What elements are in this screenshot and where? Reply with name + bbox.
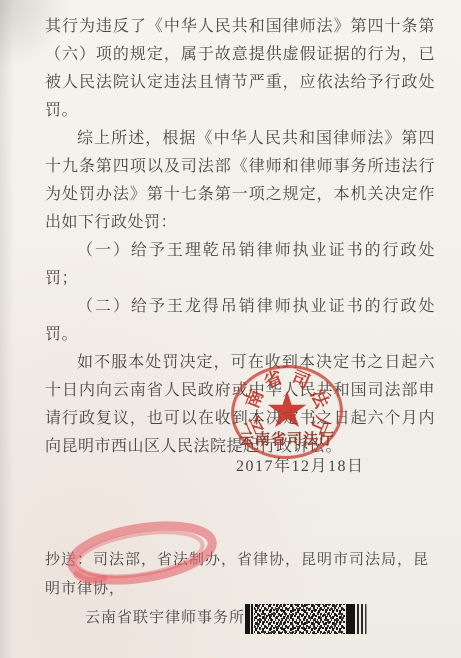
paragraph-legal-basis: 综上所述，根据《中华人民共和国律师法》第四十九条第四项以及司法部《律师和律师事务… <box>45 125 435 237</box>
paragraph-continuation: 其行为违反了《中华人民共和国律师法》第四十条第（六）项的规定，属于故意提供虚假证… <box>45 13 435 125</box>
penalty-item-1: （一）给予王理乾吊销律师执业证书的行政处罚； <box>45 237 435 293</box>
barcode-image <box>245 603 375 637</box>
cc-block: 抄送：司法部，省法制办，省律协，昆明市司法局，昆明市律协， 云南省联宇律师事务所… <box>45 546 441 633</box>
cc-line-1: 抄送：司法部，省法制办，省律协，昆明市司法局，昆明市律协， <box>45 546 441 604</box>
cc-recipients-1: 司法部，省法制办，省律协，昆明市司法局，昆明市律协， <box>45 552 429 597</box>
cc-label: 抄送： <box>45 552 93 568</box>
cc-recipients-2: 云南省联宇律师事务所。 <box>85 610 261 626</box>
document-page: 其行为违反了《中华人民共和国律师法》第四十条第（六）项的规定，属于故意提供虚假证… <box>0 0 461 658</box>
penalty-item-2: （二）给予王龙得吊销律师执业证书的行政处罚。 <box>45 293 435 349</box>
document-date: 2017年12月18日 <box>236 453 365 476</box>
authority-name: 云南省司法厅 <box>231 428 343 449</box>
